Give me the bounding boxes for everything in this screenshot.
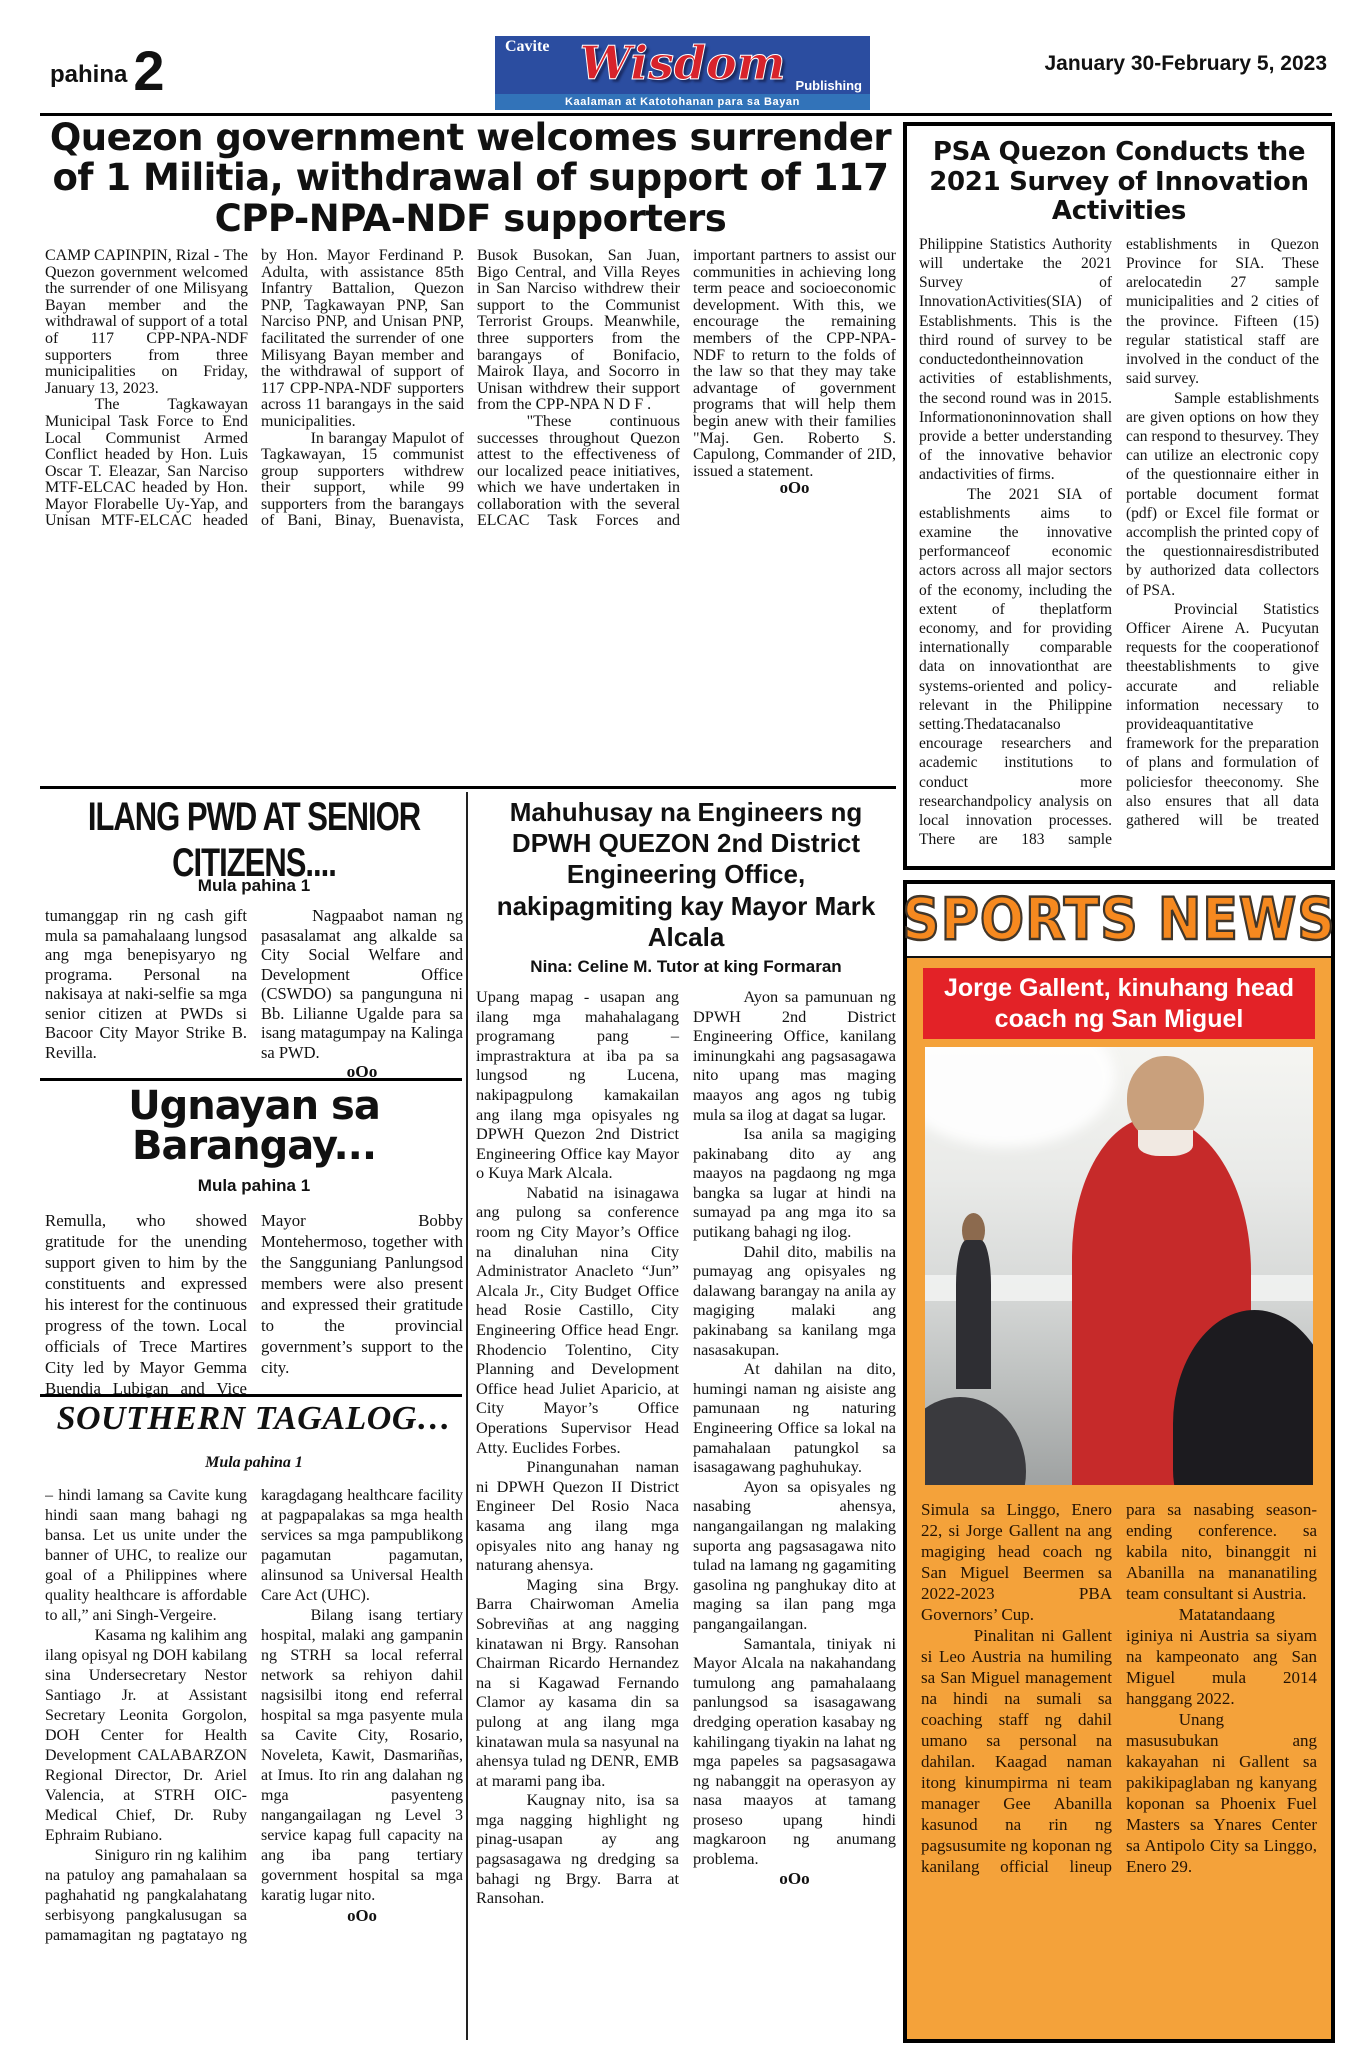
article-body: Remulla, who showed gratitude for the un… [45, 1210, 463, 1422]
article-dpwh-meeting: Mahuhusay na Engineers ng DPWH QUEZON 2n… [476, 797, 896, 2048]
article-headline: SOUTHERN TAGALOG… [45, 1402, 463, 1436]
article-body: Upang mapag - usapan ang ilang mga mahah… [476, 987, 896, 2048]
article-headline: PSA Quezon Conducts the 2021 Survey of I… [919, 138, 1319, 227]
section-rule [40, 786, 896, 789]
masthead-banner: Cavite Wisdom Publishing [495, 36, 870, 94]
issue-date: January 30-February 5, 2023 [1045, 52, 1328, 76]
sports-section: SPORTS NEWS Jorge Gallent, kinuhang head… [903, 880, 1335, 2043]
sports-title-band: SPORTS NEWS [907, 884, 1331, 958]
article-body: CAMP CAPINPIN, Rizal - The Quezon govern… [45, 248, 896, 620]
article-psa-survey: PSA Quezon Conducts the 2021 Survey of I… [903, 122, 1335, 870]
photo-coach-collar [1138, 1130, 1192, 1156]
article-ilang-pwd: ILANG PWD AT SENIOR CITIZENS.... Mula pa… [45, 794, 463, 1118]
photo-bystander-figure [956, 1240, 991, 1389]
article-body: Philippine Statistics Authority will und… [919, 235, 1319, 865]
folio-label: pahina [50, 61, 127, 88]
column-rule [466, 792, 468, 2040]
article-byline: Nina: Celine M. Tutor at king Formaran [476, 957, 896, 977]
newspaper-page: pahina2 Cavite Wisdom Publishing Kaalama… [0, 0, 1365, 2048]
continued-from-note: Mula pahina 1 [45, 1176, 463, 1196]
article-headline: Ugnayan sa Barangay... [45, 1086, 463, 1166]
article-quezon-surrender: Quezon government welcomes surrender of … [45, 118, 896, 620]
page-folio: pahina2 [50, 38, 165, 103]
article-southern-tagalog: SOUTHERN TAGALOG… Mula pahina 1 – hindi … [45, 1402, 463, 2026]
article-ugnayan-barangay: Ugnayan sa Barangay... Mula pahina 1 Rem… [45, 1086, 463, 1422]
article-headline: Quezon government welcomes surrender of … [45, 118, 896, 239]
sports-section-title: SPORTS NEWS [902, 886, 1335, 953]
article-body: – hindi lamang sa Cavite kung hindi saan… [45, 1486, 463, 2026]
article-body: Simula sa Linggo, Enero 22, si Jorge Gal… [921, 1499, 1317, 2035]
masthead-subtitle: Publishing [796, 78, 862, 93]
article-headline: Mahuhusay na Engineers ng DPWH QUEZON 2n… [476, 797, 896, 953]
article-headline: ILANG PWD AT SENIOR CITIZENS.... [45, 794, 463, 886]
page-number: 2 [133, 39, 164, 102]
photo-light-glare [925, 1047, 1115, 1147]
sports-photo [925, 1047, 1313, 1485]
masthead-logo: Cavite Wisdom Publishing Kaalaman at Kat… [495, 36, 870, 110]
sports-headline: Jorge Gallent, kinuhang head coach ng Sa… [923, 968, 1315, 1039]
photo-foreground-shadow [925, 1397, 1026, 1485]
continued-from-note: Mula pahina 1 [45, 1454, 463, 1472]
masthead-tagline: Kaalaman at Katotohanan para sa Bayan [495, 94, 870, 110]
